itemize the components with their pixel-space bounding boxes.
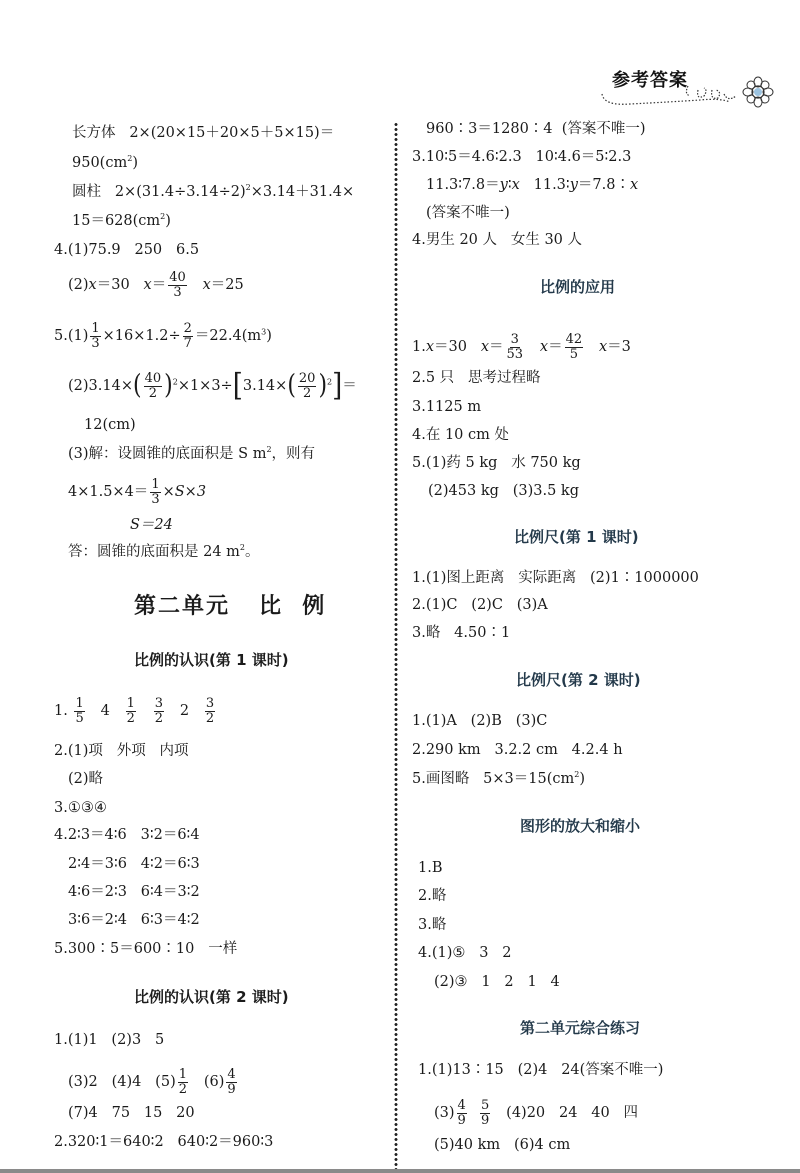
answer-equation: 4×1.5×4＝13×S×3 [68,478,206,506]
answer-line: 4∶6＝2∶3 6∶4＝3∶2 [68,885,200,900]
answer-line: (7)4 75 15 20 [68,1106,195,1121]
answer-line: 15＝628(cm2) [72,213,171,228]
answer-line: 4.在 10 cm 处 [412,428,509,443]
answer-line: 2.290 km 3.2.2 cm 4.2.4 h [412,743,623,758]
answer-q1: 1. 15 4 12 32 2 32 [54,697,217,725]
answer-line: 2.5 只 思考过程略 [412,371,541,386]
section-title: 第二单元综合练习 [520,1017,640,1038]
answer-line: 3.①③④ [54,801,107,816]
unit-title: 第二单元 比 例 [134,589,326,620]
answer-line: 1.(1)13∶15 (2)4 24(答案不唯一) [418,1063,663,1078]
answer-line: 1.(1)1 (2)3 5 [54,1033,164,1048]
answer-line: S＝24 [130,518,173,533]
answer-line: 4.男生 20 人 女生 30 人 [412,233,582,248]
answer-line: (2)453 kg (3)3.5 kg [428,484,579,499]
answer-q5-3: (3)解：设圆锥的底面积是 S m2，则有 [68,446,315,461]
answer-q5-2: (2)3.14×(402)2×1×3÷[3.14×(202)2]＝ [68,372,357,400]
answer-line: 1.(1)A (2)B (3)C [412,714,547,729]
answer-line: 5.(1)药 5 kg 水 750 kg [412,456,581,471]
answer-line: 1.B [418,861,443,876]
answer-line: 答：圆锥的底面积是 24 m2。 [68,544,260,559]
answer-line: 3.略 4.50∶1 [412,626,510,641]
answer-line: (3)49 59 (4)20 24 40 四 [434,1099,638,1127]
answer-q4-2: (2)x＝30 x＝403 x＝25 [68,271,244,299]
answer-line: 2.略 [418,889,446,904]
answer-line: (2)③ 1 2 1 4 [434,975,560,990]
answer-line: (5)40 km (6)4 cm [434,1138,570,1153]
answer-line: 圆柱 2×(31.4÷3.14÷2)2×3.14＋31.4× [72,184,354,199]
answer-line: 1.(1)图上距离 实际距离 (2)1∶1000000 [412,571,699,586]
answer-line: 4.(1)⑤ 3 2 [418,946,511,961]
answer-line: 950(cm2) [72,155,138,170]
answer-q5-1: 5.(1)13×16×1.2÷27＝22.4(m3) [54,322,272,350]
answer-line: 4.2∶3＝4∶6 3∶2＝6∶4 [54,828,200,843]
answer-line: 3.1125 m [412,400,481,415]
flower-decoration-icon [600,72,780,112]
answer-line: 3∶6＝2∶4 6∶3＝4∶2 [68,913,200,928]
answer-line: 3.10∶5＝4.6∶2.3 10∶4.6＝5∶2.3 [412,150,631,165]
section-title: 比例的认识(第 1 课时) [134,649,289,670]
bottom-rule [0,1169,800,1173]
answer-line: 2∶4＝3∶6 4∶2＝6∶3 [68,857,200,872]
answer-line: 5.画图略 5×3＝15(cm2) [412,771,585,786]
answer-line: (3)2 (4)4 (5)12 (6)49 [68,1068,239,1096]
answer-line: 11.3∶7.8＝y∶x 11.3∶y＝7.8∶x [426,178,638,193]
section-title: 比例尺(第 2 课时) [516,669,641,690]
answer-line: 960∶3＝1280∶4 (答案不唯一) [426,122,646,137]
answer-line: 1.x＝30 x＝353 x＝425 x＝3 [412,333,631,361]
answer-line: 长方体 2×(20×15＋20×5＋5×15)＝ [72,126,334,141]
answer-line: 5.300∶5＝600∶10 一样 [54,942,237,957]
section-title: 比例的应用 [540,276,615,297]
section-title: 图形的放大和缩小 [520,815,640,836]
answer-line: (答案不唯一) [426,206,510,221]
column-divider [394,122,398,1172]
section-title: 比例尺(第 1 课时) [514,526,639,547]
answer-line: 12(cm) [84,418,136,433]
answer-line: 3.略 [418,918,446,933]
answer-q4-1: 4.(1)75.9 250 6.5 [54,243,199,258]
answer-line: (2)略 [68,772,103,787]
fraction: 403 [168,271,187,299]
answer-line: 2.320∶1＝640∶2 640∶2＝960∶3 [54,1135,273,1150]
section-title: 比例的认识(第 2 课时) [134,986,289,1007]
answer-line: 2.(1)C (2)C (3)A [412,598,548,613]
answer-line: 2.(1)项 外项 内项 [54,744,189,759]
